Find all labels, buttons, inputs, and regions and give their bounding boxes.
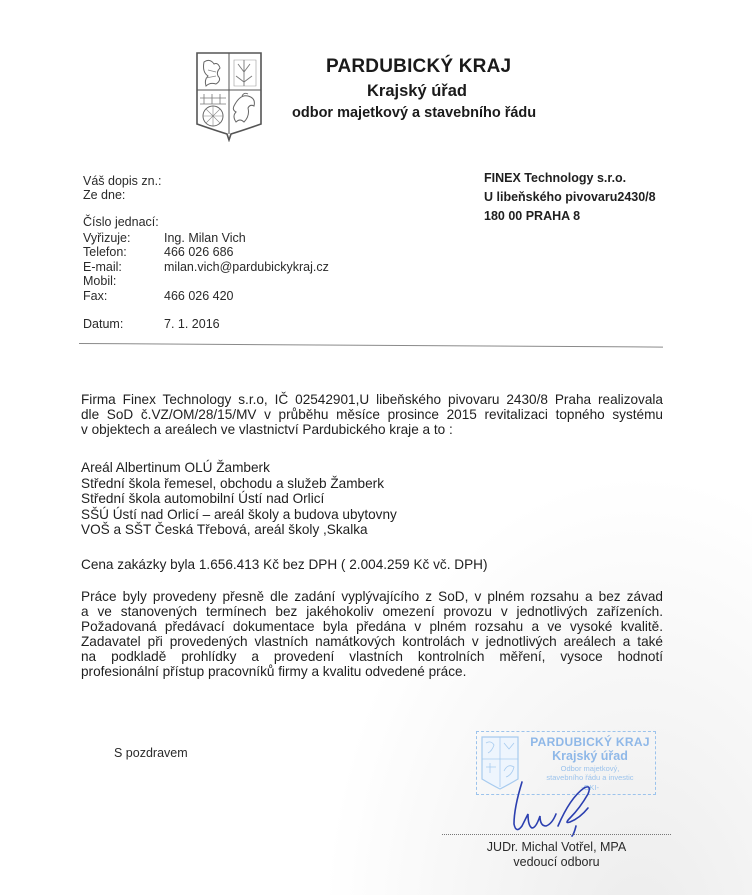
stamp-line-3: Odbor majetkový, [525,764,655,773]
meta-label: Číslo jednací: [83,215,164,229]
handwritten-signature [500,778,620,838]
meta-value: 466 026 686 [164,245,234,259]
evaluation-line: a ve stanovených termínech bez jakéhokol… [81,604,663,619]
site-item: SŠÚ Ústí nad Orlicí – areál školy a budo… [81,507,397,523]
addressee-name: FINEX Technology s.r.o. [484,169,656,188]
evaluation-line: Práce byly provedeny přesně dle zadání v… [81,589,663,604]
meta-row-reference-number: Číslo jednací: [83,215,164,229]
meta-row-mobile: Mobil: [83,274,164,288]
meta-row-date-of-letter: Ze dne: [83,188,164,202]
signer-role: vedoucí odboru [442,855,671,870]
header-divider [79,343,663,348]
meta-row-reference: Váš dopis zn.: [83,174,164,188]
org-department: odbor majetkový a stavebního řádu [292,105,536,121]
meta-label: Datum: [83,317,164,331]
org-title: PARDUBICKÝ KRAJ [326,56,511,78]
meta-label: Telefon: [83,245,164,259]
stamp-line-1: PARDUBICKÝ KRAJ [525,735,655,749]
meta-label: E-mail: [83,260,164,274]
signer-block: JUDr. Michal Votřel, MPA vedoucí odboru [442,840,671,870]
org-office: Krajský úřad [367,82,467,101]
greeting: S pozdravem [114,746,188,760]
signature-line [442,834,671,835]
evaluation-line: na podkladě prohlídky a provedení vlastn… [81,649,663,664]
stamp-line-2: Krajský úřad [525,749,655,763]
meta-label: Váš dopis zn.: [83,174,164,188]
site-item: Areál Albertinum OLÚ Žamberk [81,460,397,476]
meta-row-fax: Fax:466 026 420 [83,289,234,303]
meta-row-handler: Vyřizuje:Ing. Milan Vich [83,231,246,245]
site-item: Střední škola řemesel, obchodu a služeb … [81,476,397,492]
meta-row-email: E-mail:milan.vich@pardubickykraj.cz [83,260,329,274]
meta-value: 7. 1. 2016 [164,317,220,331]
intro-line: Firma Finex Technology s.r.o, IČ 0254290… [81,392,663,407]
sites-list: Areál Albertinum OLÚ Žamberk Střední ško… [81,460,397,538]
meta-label: Mobil: [83,274,164,288]
meta-value: Ing. Milan Vich [164,231,246,245]
evaluation-line: Požadovaná předávací dokumentace byla př… [81,619,663,634]
evaluation-paragraph: Práce byly provedeny přesně dle zadání v… [81,589,663,679]
meta-value: 466 026 420 [164,289,234,303]
coat-of-arms-icon [194,50,264,142]
meta-label: Vyřizuje: [83,231,164,245]
site-item: VOŠ a SŠT Česká Třebová, areál školy ,Sk… [81,522,397,538]
intro-line: dle SoD č.VZ/OM/28/15/MV v průběhu měsíc… [81,407,663,422]
letter-page: PARDUBICKÝ KRAJ Krajský úřad odbor majet… [0,0,752,895]
contract-price: Cena zakázky byla 1.656.413 Kč bez DPH (… [81,557,488,572]
signer-name: JUDr. Michal Votřel, MPA [442,840,671,855]
evaluation-line: Zadavatel při provedených vlastních namá… [81,634,663,649]
addressee-street: U libeňského pivovaru2430/8 [484,188,656,207]
meta-label: Ze dne: [83,188,164,202]
meta-value: milan.vich@pardubickykraj.cz [164,260,329,274]
addressee-block: FINEX Technology s.r.o. U libeňského piv… [484,169,656,226]
meta-row-phone: Telefon:466 026 686 [83,245,234,259]
meta-row-date: Datum:7. 1. 2016 [83,317,220,331]
intro-line: v objektech a areálech ve vlastnictví Pa… [81,422,663,437]
intro-paragraph: Firma Finex Technology s.r.o, IČ 0254290… [81,392,663,437]
meta-label: Fax: [83,289,164,303]
evaluation-line: profesionální přístup pracovníků firmy a… [81,664,663,679]
addressee-city: 180 00 PRAHA 8 [484,207,656,226]
site-item: Střední škola automobilní Ústí nad Orlic… [81,491,397,507]
